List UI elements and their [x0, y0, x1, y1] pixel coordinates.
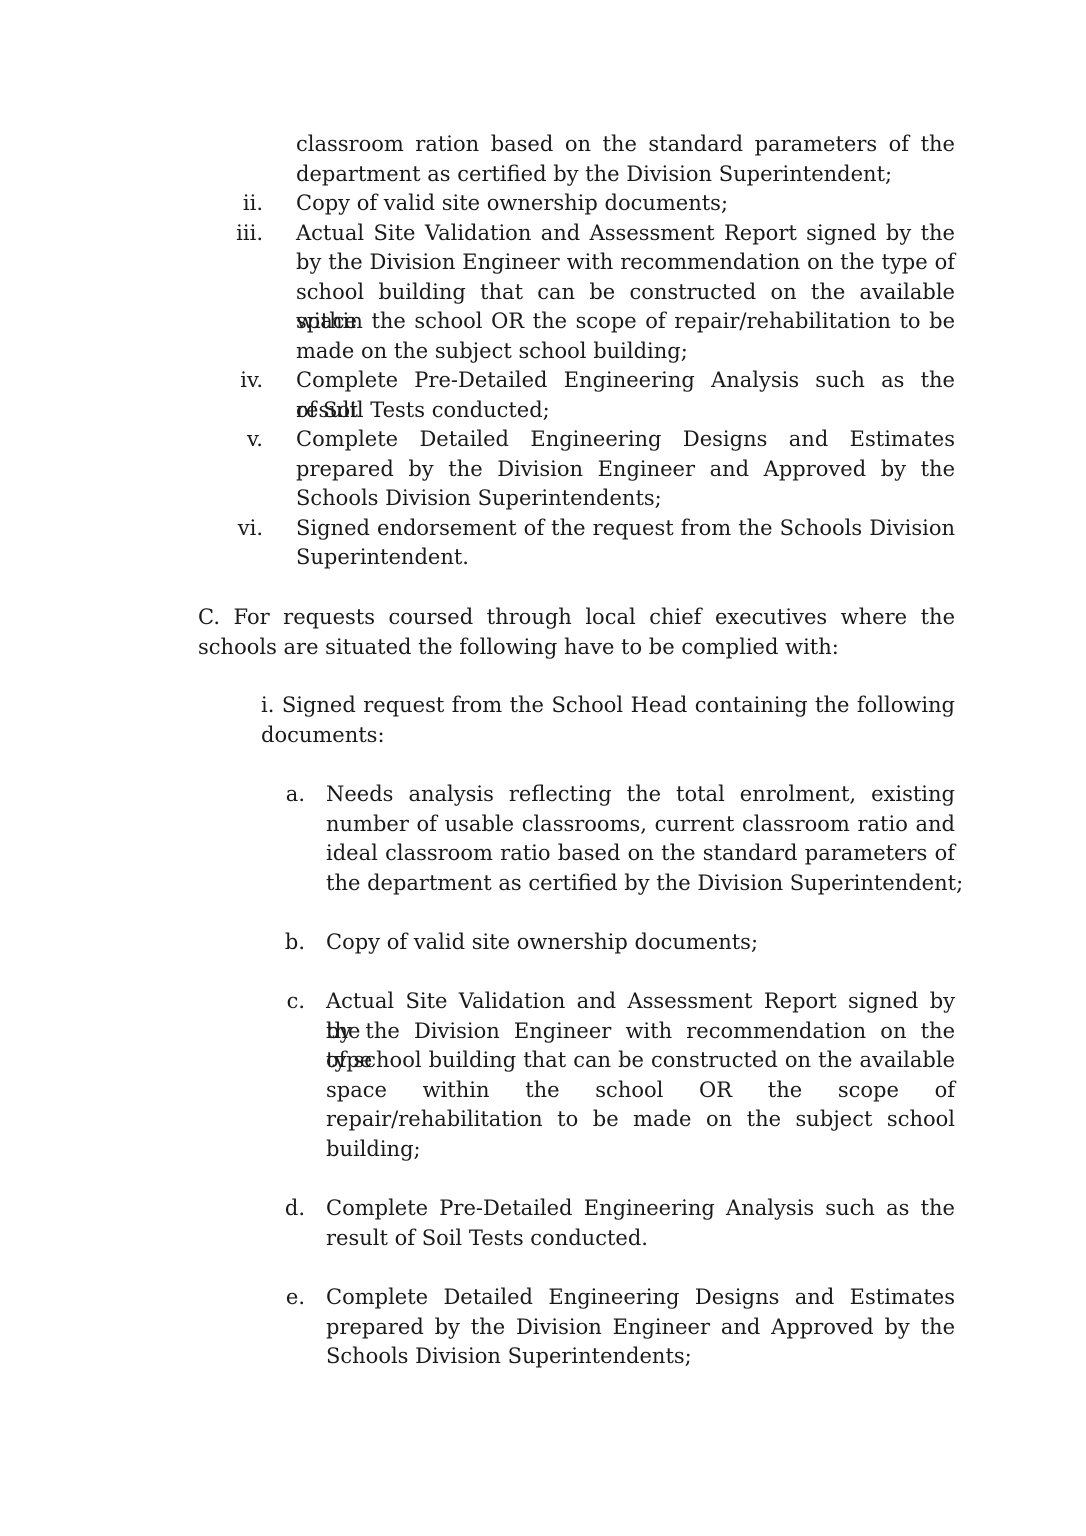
list-item-text: by the Division Engineer with recommenda…: [296, 248, 955, 278]
list-item-text: Complete Detailed Engineering Designs an…: [296, 425, 955, 455]
list-item-text: ideal classroom ratio based on the stand…: [326, 839, 955, 869]
list-item-text: Signed endorsement of the request from t…: [296, 514, 955, 544]
list-marker: c.: [245, 987, 305, 1017]
list-item-text: Copy of valid site ownership documents;: [296, 189, 728, 219]
list-item-text: of Soil Tests conducted;: [296, 396, 550, 426]
list-item-text: space within the school OR the scope of: [326, 1076, 955, 1106]
list-item-text: Schools Division Superintendents;: [296, 484, 662, 514]
subitem-paragraph: i. Signed request from the School Head c…: [261, 691, 955, 721]
list-marker: v.: [203, 425, 263, 455]
list-item-text: made on the subject school building;: [296, 337, 688, 367]
list-item-text: number of usable classrooms, current cla…: [326, 810, 955, 840]
list-item-text: building;: [326, 1135, 421, 1165]
list-item-text: the department as certified by the Divis…: [326, 869, 963, 899]
list-item-text: Actual Site Validation and Assessment Re…: [296, 219, 955, 249]
section-c-paragraph: C. For requests coursed through local ch…: [198, 603, 955, 633]
list-item-text: department as certified by the Division …: [296, 160, 892, 190]
list-marker: d.: [245, 1194, 305, 1224]
list-marker: ii.: [203, 189, 263, 219]
list-item-text: Copy of valid site ownership documents;: [326, 928, 758, 958]
list-marker: e.: [245, 1283, 305, 1313]
list-marker: vi.: [203, 514, 263, 544]
list-item-text: within the school OR the scope of repair…: [296, 307, 955, 337]
list-item-text: repair/rehabilitation to be made on the …: [326, 1105, 955, 1135]
list-item-text: Schools Division Superintendents;: [326, 1342, 692, 1372]
list-item-text: Complete Detailed Engineering Designs an…: [326, 1283, 955, 1313]
list-marker: iii.: [203, 219, 263, 249]
list-item-text: prepared by the Division Engineer and Ap…: [296, 455, 955, 485]
list-marker: iv.: [203, 366, 263, 396]
list-marker: a.: [245, 780, 305, 810]
subitem-paragraph: documents:: [261, 721, 385, 751]
list-item-text: Complete Pre-Detailed Engineering Analys…: [326, 1194, 955, 1224]
list-item-text: result of Soil Tests conducted.: [326, 1224, 648, 1254]
list-item-text: of school building that can be construct…: [326, 1046, 955, 1076]
list-item-text: Needs analysis reflecting the total enro…: [326, 780, 955, 810]
list-marker: b.: [245, 928, 305, 958]
list-item-text: prepared by the Division Engineer and Ap…: [326, 1313, 955, 1343]
section-c-paragraph: schools are situated the following have …: [198, 633, 839, 663]
list-item-text: Superintendent.: [296, 543, 469, 573]
list-item-text: classroom ration based on the standard p…: [296, 130, 955, 160]
